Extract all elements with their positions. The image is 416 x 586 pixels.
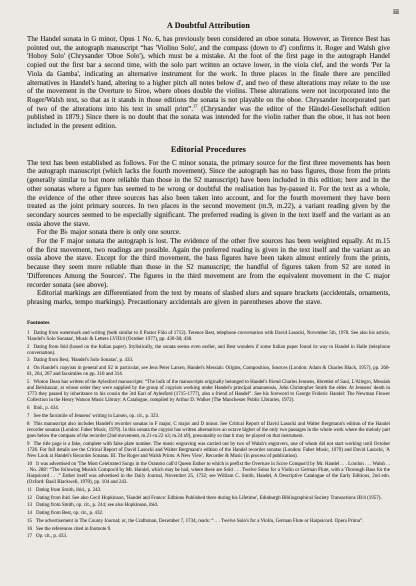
footnote-number: 13 — [27, 503, 36, 508]
footnote-item: 17Op. cit., p. 433. — [27, 534, 390, 540]
footnote-number: 15 — [27, 519, 36, 524]
editorial-paragraph: The text has been established as follows… — [27, 159, 390, 229]
footnote-text: See the facsimile of Jennens' writing in… — [34, 414, 160, 419]
footnotes-heading: Footnotes — [27, 320, 390, 326]
footnote-number: 16 — [27, 527, 36, 532]
footnote-item: 12Dating from ibid. See also Cecil Hopki… — [27, 496, 390, 502]
footnote-text: Ibid., p. 434. — [34, 406, 60, 411]
editorial-paragraph: For the F major sonata the autograph is … — [27, 237, 390, 289]
footnote-item: 15The advertisement in The County Journa… — [27, 519, 390, 525]
page-number: iii — [393, 8, 399, 16]
footnote-item: 6Ibid., p. 434. — [27, 406, 390, 412]
footnote-text: On Handel's copyists in general and S2 i… — [27, 366, 390, 377]
editorial-paragraph: For the B♭ major sonata there is only on… — [27, 228, 390, 237]
footnote-item: 13Dating from Smith, op. cit., p. 244; s… — [27, 503, 390, 509]
footnote-item: 16See the references cited in footnote 9… — [27, 527, 390, 533]
footnote-text: Dating from Best, op. cit., p. 432. — [36, 511, 103, 516]
footnote-item: 3Dating from Best, 'Handel's Solo Sonata… — [27, 358, 390, 364]
footnote-item: 7See the facsimile of Jennens' writing i… — [27, 414, 390, 420]
section-title-editorial-procedures: Editorial Procedures — [27, 145, 390, 154]
footnote-text: Winton Dean has written of the Aylesford… — [27, 380, 390, 403]
doubtful-attribution-paragraph: The Handel sonata in G minor, Opus 1 No.… — [27, 35, 390, 131]
footnote-number: 10 — [27, 462, 36, 467]
footnote-number: 14 — [27, 511, 36, 516]
footnote-text: It was advertised on 'The Most Celebrate… — [27, 462, 390, 485]
section-title-doubtful-attribution: A Doubtful Attribution — [27, 21, 390, 30]
footnote-text: The title page is a fake, complete with … — [27, 442, 390, 459]
footnote-number: 11 — [27, 488, 36, 493]
section-editorial-procedures: Editorial Procedures The text has been e… — [27, 145, 390, 307]
footnote-item: 11Dating from Smith, ibid., p. 243. — [27, 488, 390, 494]
footnote-text: Dating from ibid. See also Cecil Hopkins… — [36, 496, 382, 501]
footnote-text: Dating from watermark and writing (both … — [27, 331, 390, 342]
footnote-item: 2Dating from ibid (based on the Italian … — [27, 345, 390, 357]
footnote-text: This manuscript also includes Handel's r… — [27, 422, 390, 439]
footnote-item: 10It was advertised on 'The Most Celebra… — [27, 462, 390, 486]
footnote-item: 5Winton Dean has written of the Aylesfor… — [27, 380, 390, 404]
section-doubtful-attribution: A Doubtful Attribution The Handel sonata… — [27, 21, 390, 131]
footnotes-section: Footnotes 1Dating from watermark and wri… — [27, 320, 390, 541]
footnote-text: Dating from Smith, op. cit., p. 244; see… — [36, 503, 158, 508]
scanned-book-page: iii A Doubtful Attribution The Handel so… — [0, 0, 416, 586]
footnote-item: 8This manuscript also includes Handel's … — [27, 422, 390, 440]
editorial-paragraph: Editorial markings are differentiated fr… — [27, 289, 390, 306]
footnote-text: Op. cit., p. 433. — [36, 534, 67, 539]
footnote-item: 1Dating from watermark and writing (both… — [27, 331, 390, 343]
footnote-item: 4On Handel's copyists in general and S2 … — [27, 366, 390, 378]
footnote-text: Dating from ibid (based on the Italian p… — [27, 345, 390, 356]
footnote-number: 17 — [27, 534, 36, 539]
footnote-text: See the references cited in footnote 9. — [36, 527, 111, 532]
footnote-text: Dating from Smith, ibid., p. 243. — [36, 488, 102, 493]
footnote-text: The advertisement in The County Journal;… — [36, 519, 363, 524]
paragraph-text: The Handel sonata in G minor, Opus 1 No.… — [27, 35, 390, 113]
footnote-item: 14Dating from Best, op. cit., p. 432. — [27, 511, 390, 517]
footnote-item: 9The title page is a fake, complete with… — [27, 442, 390, 460]
footnote-number: 12 — [27, 496, 36, 501]
footnote-text: Dating from Best, 'Handel's Solo Sonatas… — [34, 358, 134, 363]
